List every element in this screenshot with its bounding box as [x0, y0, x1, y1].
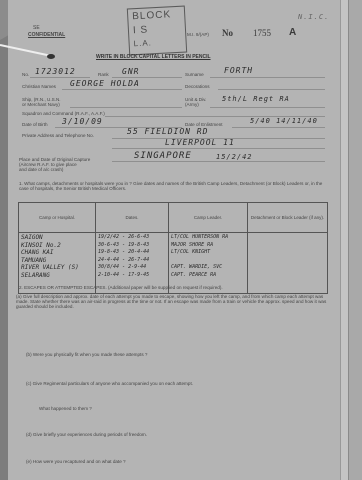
dates-cell: 2-10-44 - 17-9-45: [98, 272, 166, 280]
ship-label-2: or Merchant Navy): [22, 102, 60, 107]
stamp-line-1: BLOCK: [132, 9, 171, 22]
instruction: WRITE IN BLOCK CAPITAL LETTERS IN PENCIL: [96, 54, 211, 60]
question-e: (e) How were you recaptured and on what …: [26, 459, 126, 464]
address-label: Private Address and Telephone No.: [22, 133, 94, 138]
decorations-label: Decorations: [185, 84, 210, 89]
camps-table: Camp or Hospital. Dates. Camp Leader. De…: [18, 202, 328, 294]
address-line-1: 55 FIELDION RD: [127, 127, 208, 136]
rank-label: Rank: [98, 72, 109, 77]
field-line: [112, 77, 182, 78]
leader-cell: CAPT. WARDIE, SVC: [171, 264, 245, 272]
camp-cell: SELARANG: [21, 272, 93, 280]
leader-cell: LT/COL HUNTERSON RA: [171, 234, 245, 242]
detachment-column: [248, 233, 328, 294]
surname-value: FORTH: [224, 66, 253, 75]
camp-cell: CHANG KAI: [21, 249, 93, 257]
leader-cell: LT/COL KNIGHT: [171, 249, 245, 257]
dates-cell: 19/2/42 - 26-6-43: [98, 234, 166, 242]
enlistment-value: 5/40 14/11/40: [250, 117, 318, 125]
question-b: (b) Were you physically fit when you mad…: [26, 352, 147, 357]
address-line-2: LIVERPOOL 11: [165, 138, 235, 147]
field-line: [30, 77, 90, 78]
field-line: [210, 107, 325, 108]
leader-cell: CAPT. PEARCE RA: [171, 272, 245, 280]
capture-place: SINGAPORE: [134, 151, 192, 161]
section1-question: 1. What camps, detachments or hospitals …: [19, 181, 329, 191]
dob-label: Date of Birth: [22, 122, 48, 127]
christian-names-label: Christian Names: [22, 84, 56, 89]
camp-cell: KINSOI No.2: [21, 242, 93, 250]
surname-label: Surname: [185, 72, 204, 77]
field-line: [70, 107, 182, 108]
camp-cell: SAIGON: [21, 234, 93, 242]
field-line: [210, 77, 325, 78]
stamp-line-2: I S: [133, 24, 149, 36]
leader-cell: MAJOR SHORE RA: [171, 242, 245, 250]
field-line: [112, 148, 325, 149]
camp-cell: TAMUANG: [21, 257, 93, 265]
question-c: (c) Give Regimental particulars of anyon…: [26, 381, 193, 386]
no-value: 1723012: [35, 67, 76, 76]
stamp-line-3: L.A.: [133, 38, 152, 48]
dates-cell: 30/8/44 - 2-9-44: [98, 264, 166, 272]
christian-names-value: GEORGE HOLDA: [70, 79, 140, 88]
form-number: 1755: [253, 28, 271, 38]
page-edge-back: [348, 0, 362, 480]
field-line: [62, 89, 182, 90]
form-code: M.I. 9/(AP): [187, 32, 209, 37]
dates-cell: 19-8-43 - 20-4-44: [98, 249, 166, 257]
field-line: [112, 161, 325, 162]
classification-prefix: SE: [33, 25, 40, 31]
header-camp: Camp or Hospital.: [19, 203, 96, 233]
capture-date: 15/2/42: [216, 153, 253, 161]
question-d: (d) Give briefly your experiences during…: [26, 432, 147, 437]
section2-heading: 2. ESCAPES OR ATTEMPTED ESCAPES. (Additi…: [19, 285, 223, 290]
annotation: N.I.C.: [298, 13, 329, 21]
header-detachment-leader: Detachment or Block Leader (if any).: [248, 203, 328, 233]
question-a: (a) Give full description and approx. da…: [16, 294, 332, 310]
header-camp-leader: Camp Leader.: [169, 203, 248, 233]
dates-cell: 30-6-43 - 19-8-43: [98, 242, 166, 250]
question-c-followup: What happened to them ?: [39, 406, 92, 411]
classification-label: CONFIDENTIAL: [28, 32, 65, 38]
squadron-label: Squadron and Command (R.A.F., A.A.F.): [22, 111, 105, 116]
block-stamp: BLOCK I S L.A.: [127, 6, 187, 56]
field-line: [232, 127, 325, 128]
camp-cell: RIVER VALLEY (S): [21, 264, 93, 272]
unit-value: 5th/L Regt RA: [222, 95, 290, 103]
leader-cell: [171, 257, 245, 265]
no-label: No.: [22, 72, 29, 77]
unit-label-2: (Army): [185, 102, 199, 107]
field-line: [218, 89, 325, 90]
dob-value: 3/10/09: [62, 117, 103, 126]
punch-hole: [47, 54, 55, 59]
form-suffix: A: [289, 27, 296, 38]
dates-cell: 24-4-44 - 26-7-44: [98, 257, 166, 265]
number-label: No: [222, 28, 233, 38]
rank-value: GNR: [122, 67, 139, 76]
capture-label-3: and date of a/c crash): [19, 167, 63, 172]
header-dates: Dates.: [96, 203, 169, 233]
